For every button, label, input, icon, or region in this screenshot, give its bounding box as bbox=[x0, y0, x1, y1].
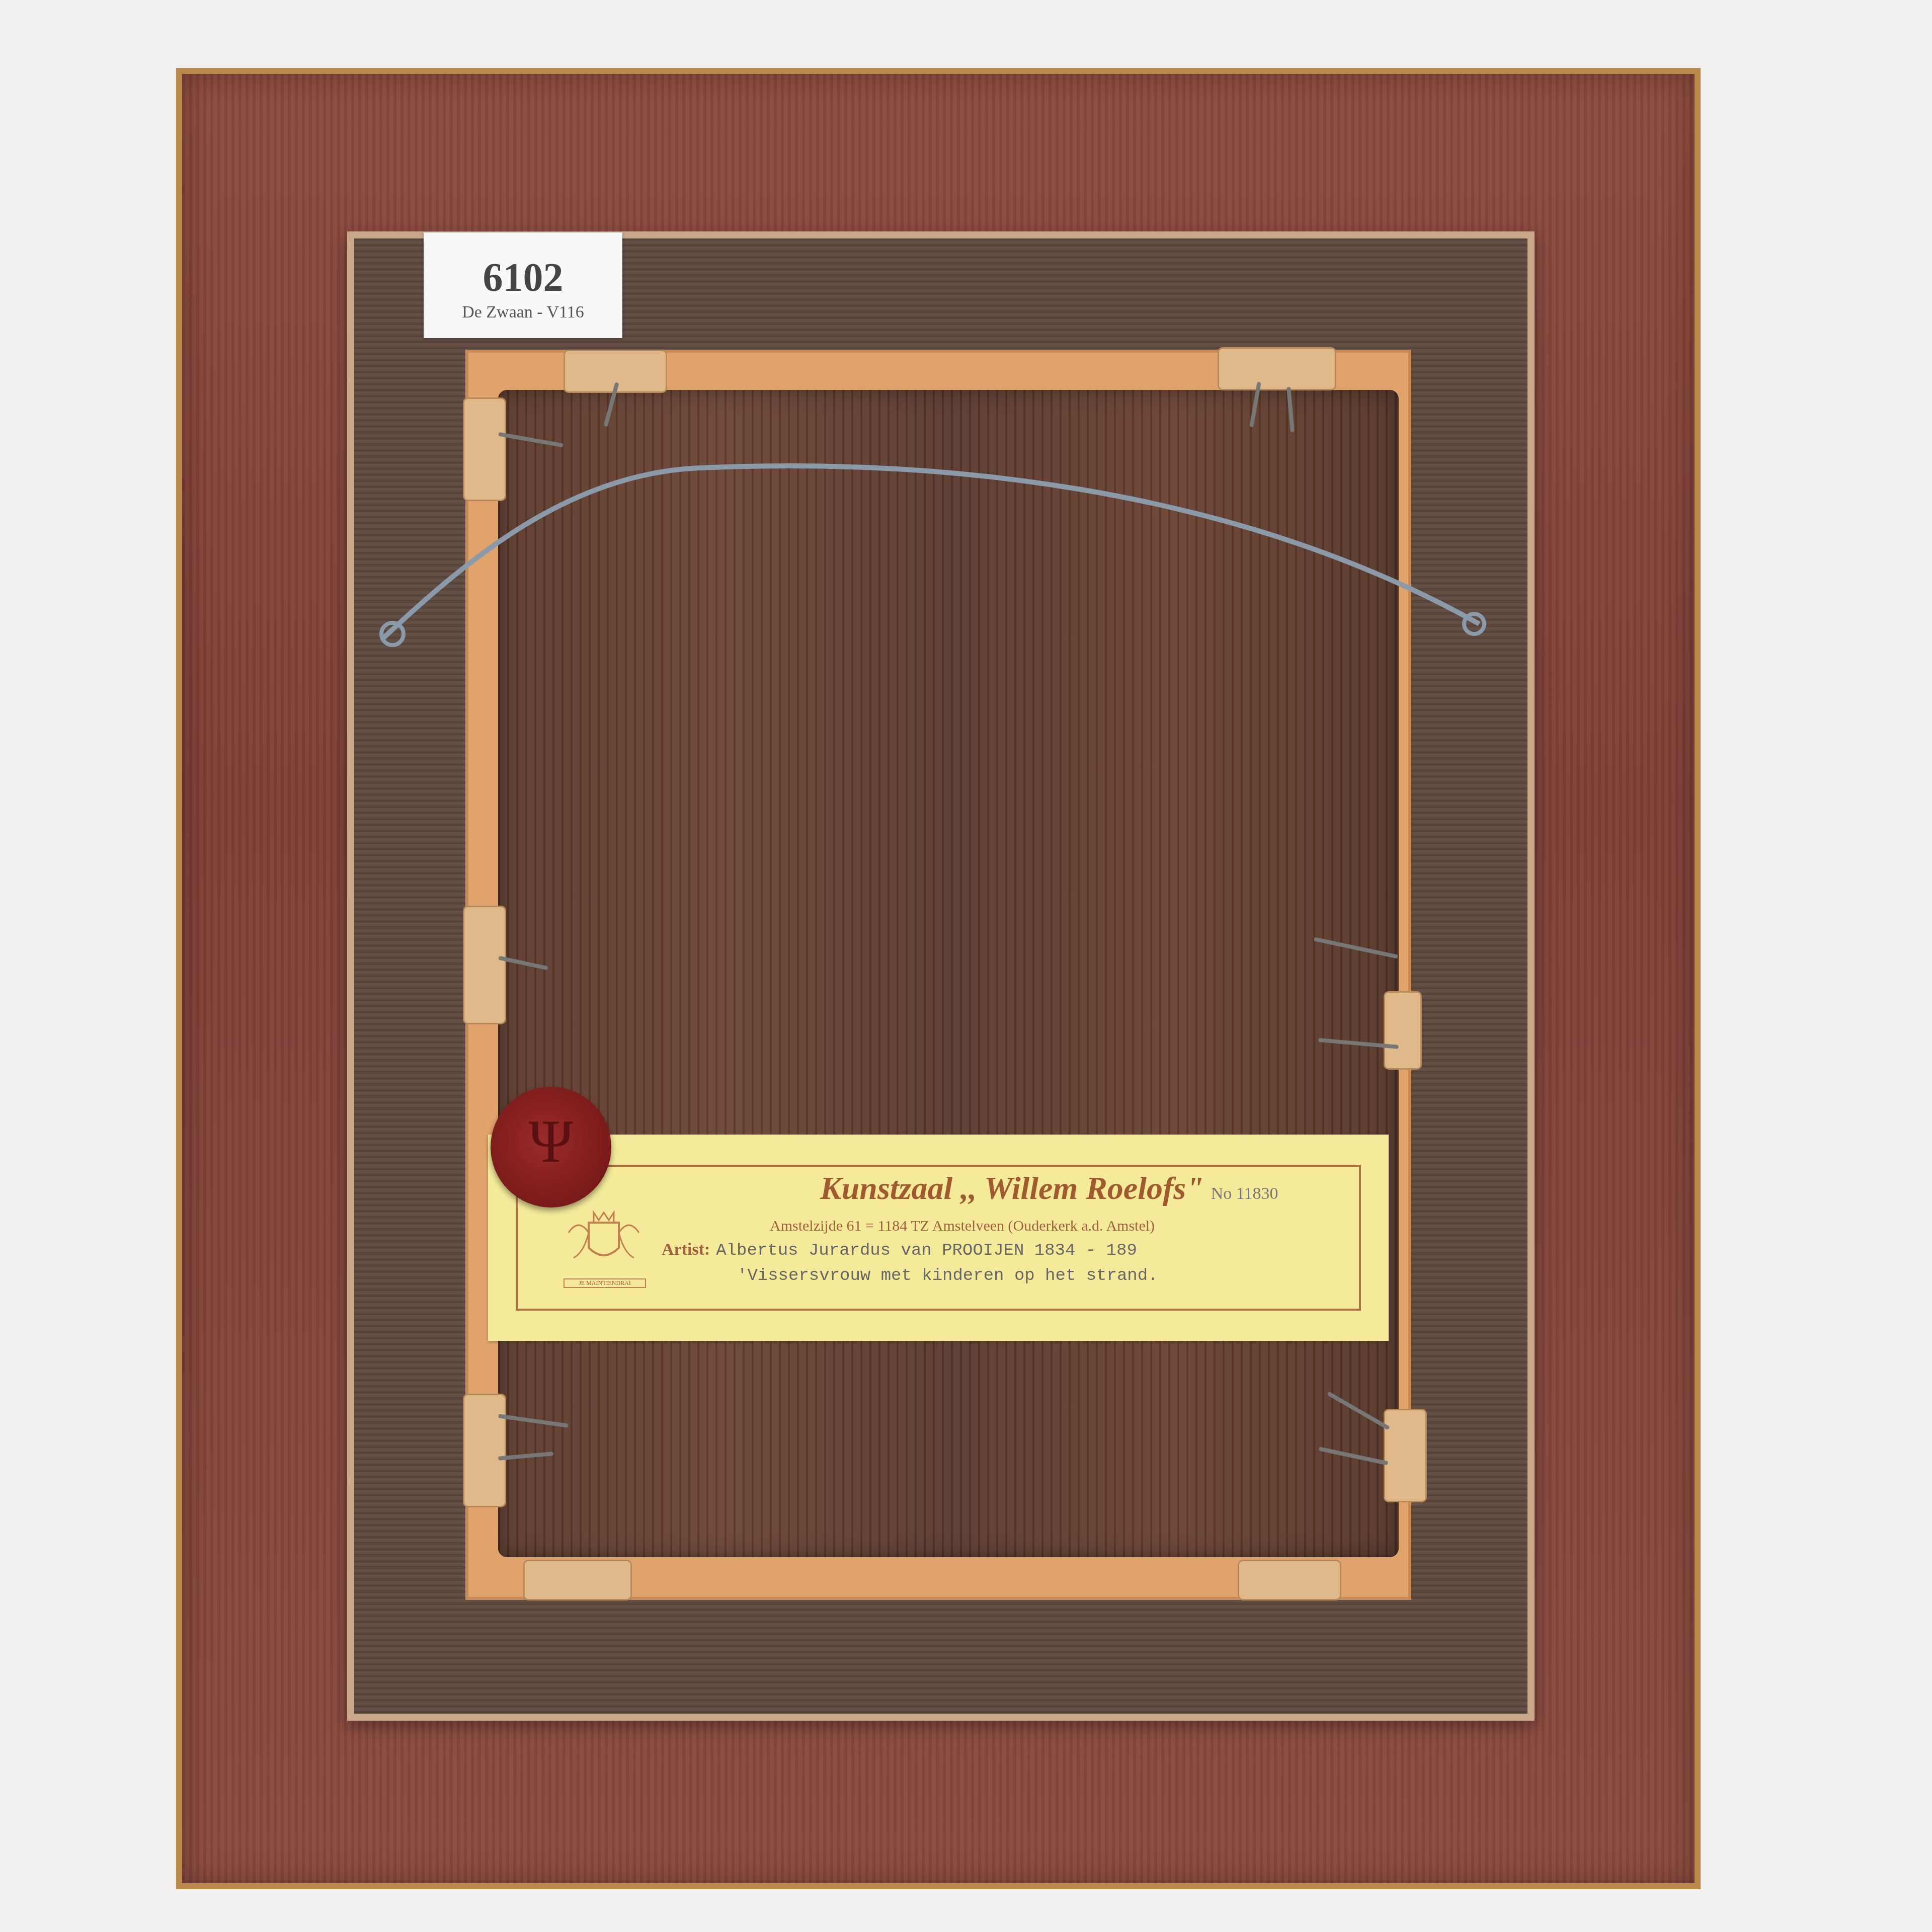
artist-line: Artist:Albertus Jurardus van PROOIJEN 18… bbox=[662, 1240, 1137, 1260]
trident-seal-icon: Ψ bbox=[491, 1107, 611, 1176]
cork-right-middle bbox=[1384, 991, 1422, 1070]
cork-bottom-left bbox=[523, 1560, 632, 1600]
artist-prefix: Artist: bbox=[662, 1240, 710, 1259]
gallery-name: Kunstzaal ,, Willem Roelofs"No 11830 bbox=[820, 1170, 1278, 1207]
gallery-label: JE MAINTIENDRAI Kunstzaal ,, Willem Roel… bbox=[488, 1135, 1389, 1341]
artist-name: Albertus Jurardus van PROOIJEN 1834 - 18… bbox=[716, 1241, 1137, 1260]
lot-subtitle: De Zwaan - V116 bbox=[424, 303, 622, 322]
gallery-number: No 11830 bbox=[1211, 1184, 1278, 1203]
auction-lot-label: 6102 De Zwaan - V116 bbox=[424, 232, 622, 338]
cork-right-lower bbox=[1384, 1409, 1427, 1502]
cork-left-lower bbox=[463, 1394, 506, 1507]
motto-ribbon: JE MAINTIENDRAI bbox=[563, 1278, 646, 1288]
cork-left-middle bbox=[463, 906, 506, 1024]
hanging-wire bbox=[372, 453, 1494, 654]
cork-bottom-right bbox=[1238, 1560, 1341, 1600]
cork-top-right bbox=[1218, 347, 1336, 390]
lot-number: 6102 bbox=[424, 258, 622, 298]
painting-title: 'Vissersvrouw met kinderen op het strand… bbox=[737, 1266, 1158, 1285]
gallery-name-text: Kunstzaal ,, Willem Roelofs" bbox=[820, 1170, 1204, 1206]
coat-of-arms-icon: JE MAINTIENDRAI bbox=[553, 1202, 654, 1288]
gallery-address: Amstelzijde 61 = 1184 TZ Amstelveen (Oud… bbox=[770, 1218, 1155, 1235]
wax-seal: Ψ bbox=[491, 1087, 611, 1207]
